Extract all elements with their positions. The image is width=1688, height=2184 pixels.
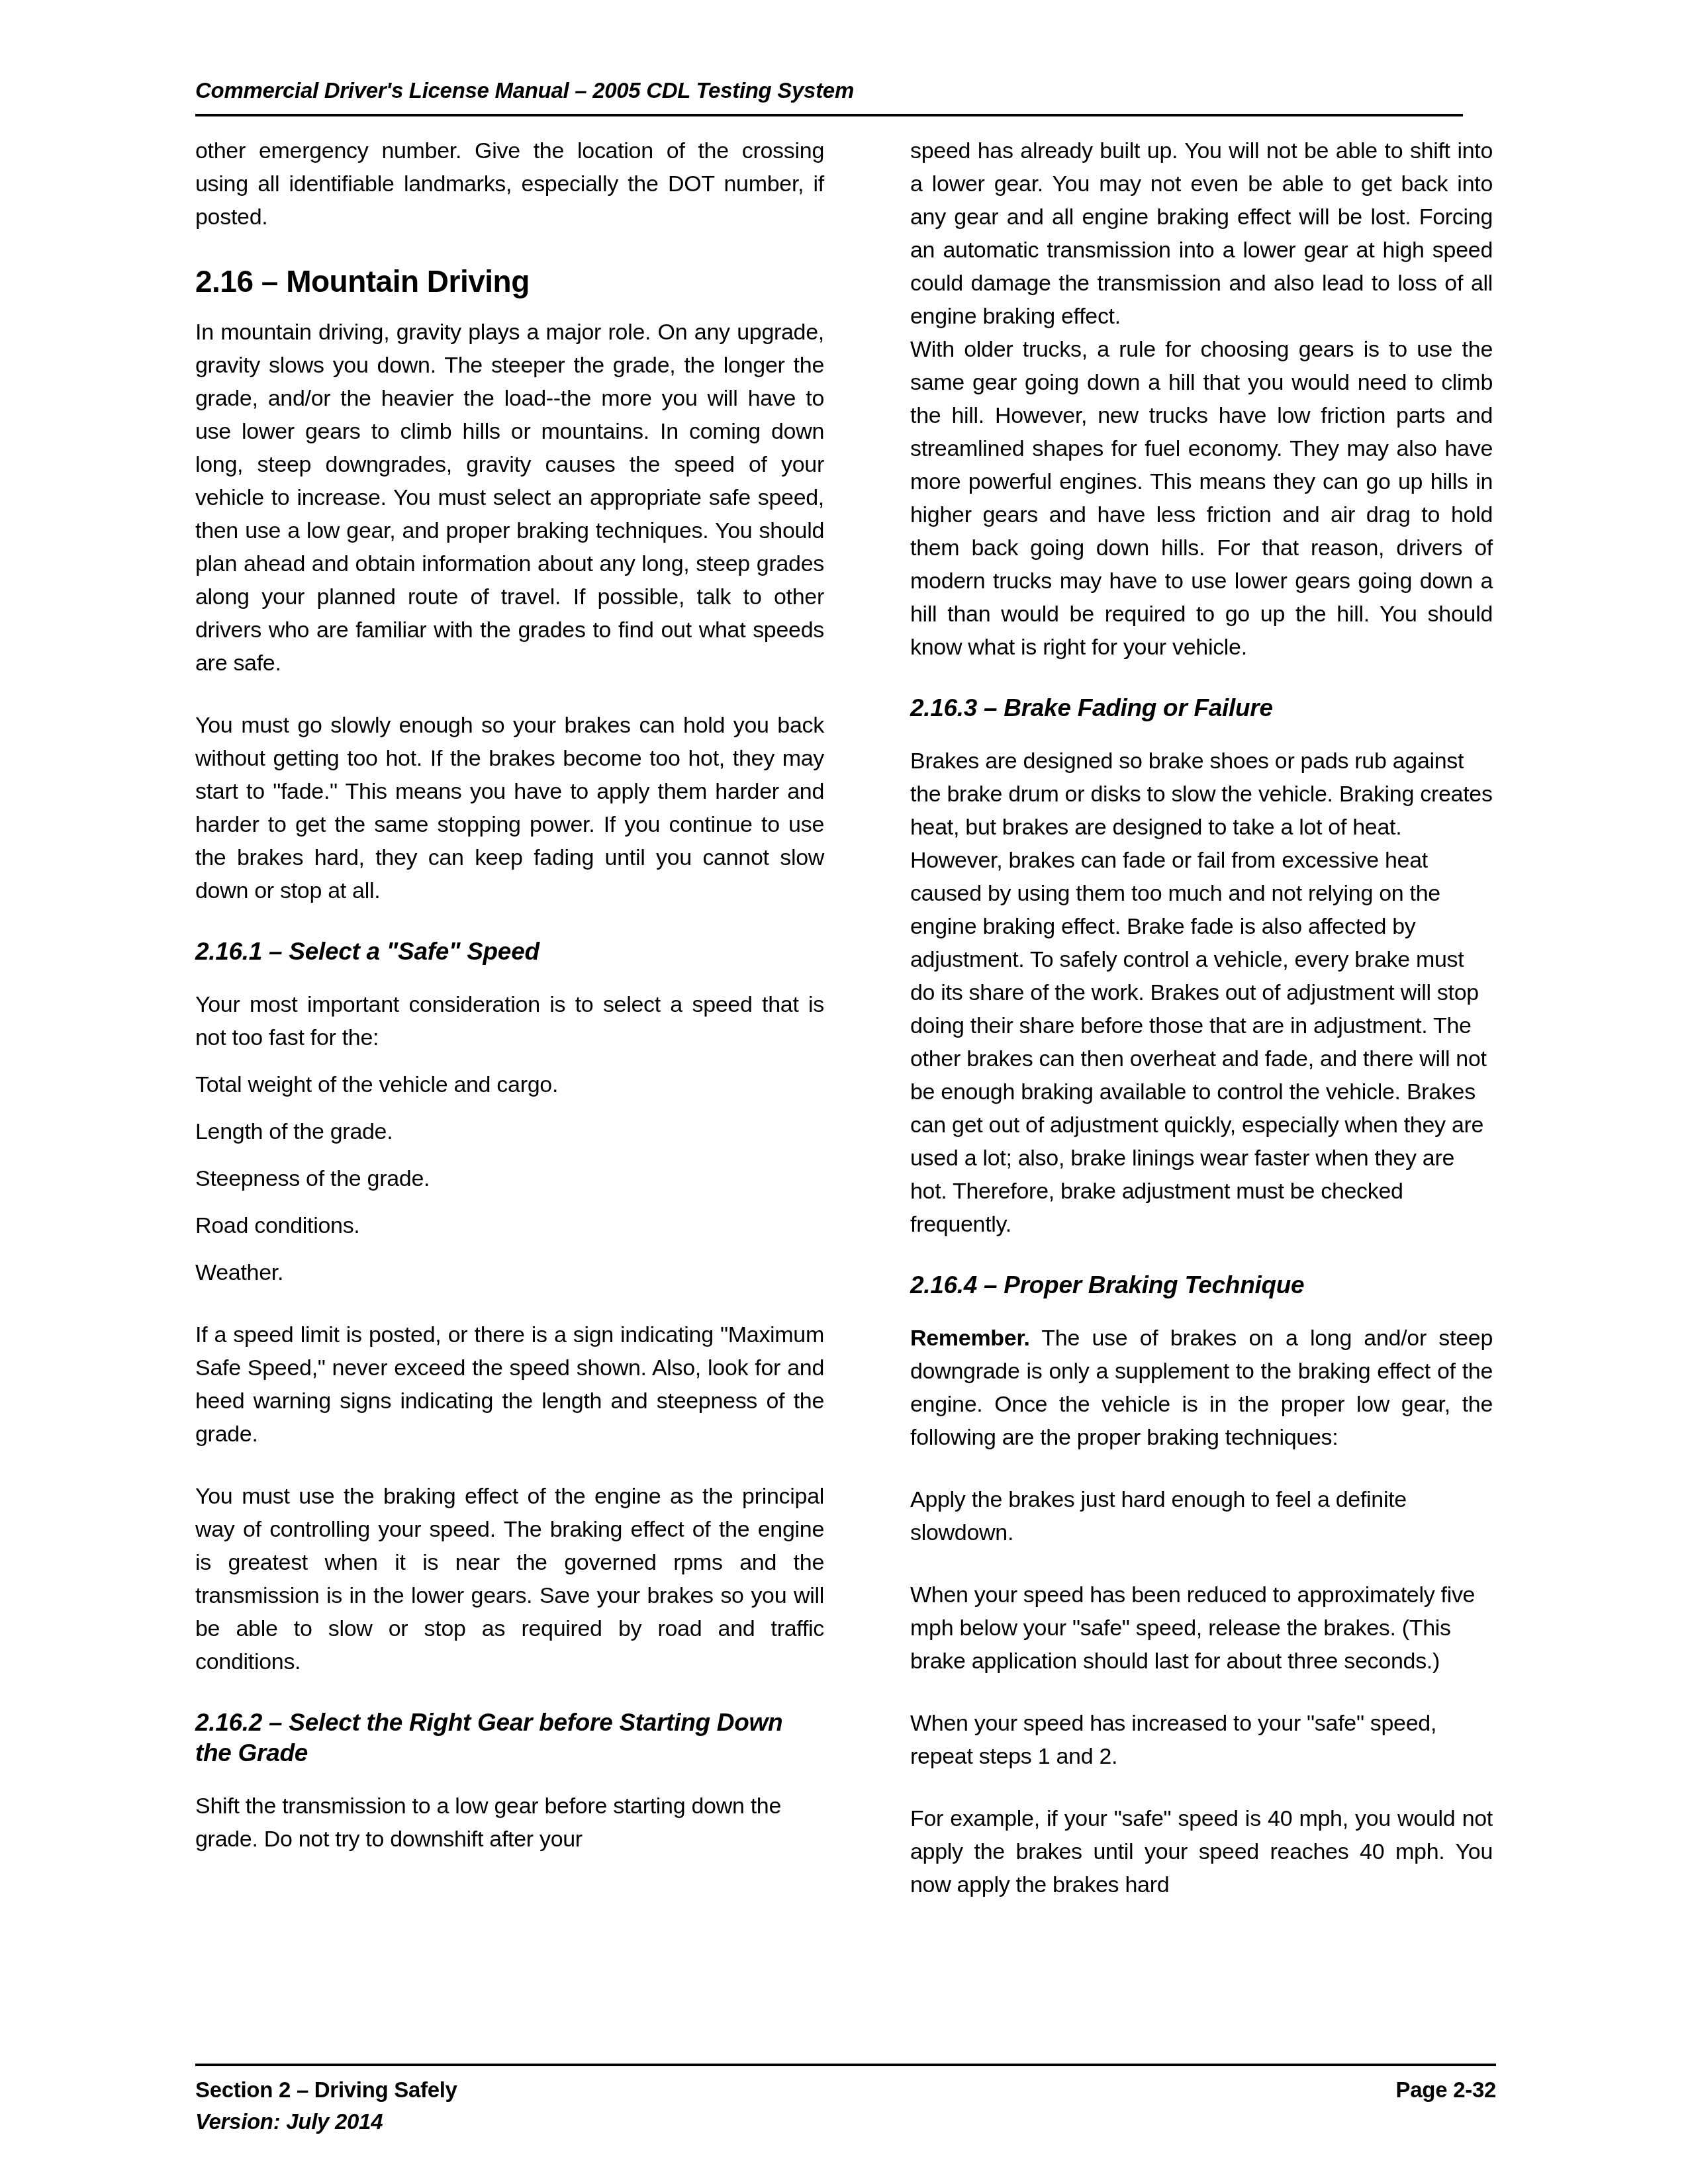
paragraph-engine-braking: You must use the braking effect of the e… <box>195 1480 824 1678</box>
paragraph-braking-example: For example, if your "safe" speed is 40 … <box>910 1802 1493 1901</box>
paragraph-continued-from-previous-page: other emergency number. Give the locatio… <box>195 134 824 234</box>
section-heading-mountain-driving: 2.16 – Mountain Driving <box>195 263 824 300</box>
subsection-heading-select-safe-speed: 2.16.1 – Select a "Safe" Speed <box>195 936 824 967</box>
remember-bold-label: Remember. <box>910 1326 1030 1351</box>
list-item: Total weight of the vehicle and cargo. <box>195 1068 824 1101</box>
paragraph-braking-step: When your speed has increased to your "s… <box>910 1707 1493 1773</box>
footer-page-number: Page 2-32 <box>1396 2074 1496 2106</box>
paragraph-safe-speed-intro: Your most important consideration is to … <box>195 988 824 1054</box>
subsection-heading-select-right-gear: 2.16.2 – Select the Right Gear before St… <box>195 1707 824 1768</box>
list-item: Length of the grade. <box>195 1115 824 1148</box>
paragraph-continued-from-left-column: speed has already built up. You will not… <box>910 134 1493 333</box>
list-item: Steepness of the grade. <box>195 1162 824 1195</box>
left-column: other emergency number. Give the locatio… <box>195 134 824 1885</box>
paragraph-brake-fade: You must go slowly enough so your brakes… <box>195 709 824 907</box>
paragraph-shift-transmission: Shift the transmission to a low gear bef… <box>195 1790 824 1856</box>
footer-left-block: Section 2 – Driving Safely Version: July… <box>195 2074 457 2138</box>
subsection-heading-brake-fading: 2.16.3 – Brake Fading or Failure <box>910 693 1493 723</box>
page-header: Commercial Driver's License Manual – 200… <box>195 78 1463 116</box>
footer-version-label: Version: July 2014 <box>195 2106 457 2138</box>
header-title: Commercial Driver's License Manual – 200… <box>195 78 1463 103</box>
footer-section-label: Section 2 – Driving Safely <box>195 2074 457 2106</box>
paragraph-braking-step: When your speed has been reduced to appr… <box>910 1578 1493 1678</box>
safe-speed-factor-list: Total weight of the vehicle and cargo. L… <box>195 1068 824 1289</box>
paragraph-remember: Remember. The use of brakes on a long an… <box>910 1322 1493 1454</box>
list-item: Weather. <box>195 1256 824 1289</box>
manual-page: Commercial Driver's License Manual – 200… <box>0 0 1688 2184</box>
page-footer: Section 2 – Driving Safely Version: July… <box>195 2064 1496 2138</box>
paragraph-older-trucks: With older trucks, a rule for choosing g… <box>910 333 1493 664</box>
subsection-heading-proper-braking: 2.16.4 – Proper Braking Technique <box>910 1270 1493 1300</box>
list-item: Road conditions. <box>195 1209 824 1242</box>
paragraph-mountain-driving-intro: In mountain driving, gravity plays a maj… <box>195 316 824 680</box>
paragraph-brake-fading-detail: Brakes are designed so brake shoes or pa… <box>910 745 1493 1241</box>
paragraph-speed-limit: If a speed limit is posted, or there is … <box>195 1318 824 1451</box>
paragraph-braking-step: Apply the brakes just hard enough to fee… <box>910 1483 1493 1549</box>
right-column: speed has already built up. You will not… <box>910 134 1493 1931</box>
